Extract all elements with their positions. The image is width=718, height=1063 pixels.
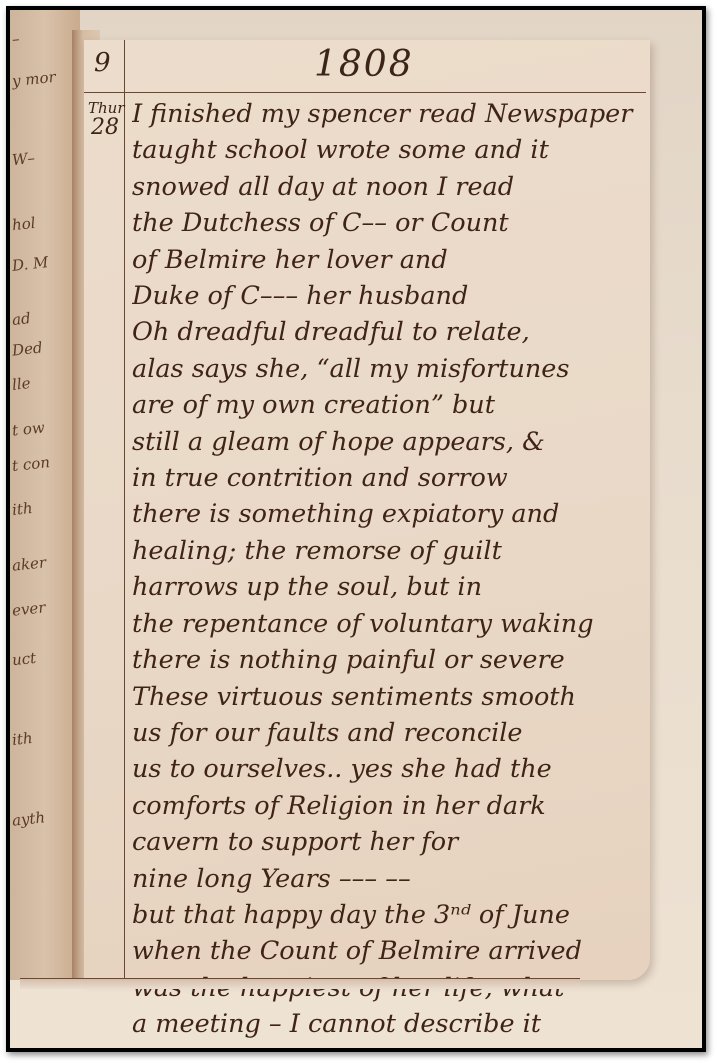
left-fragment: lle: [11, 374, 31, 394]
entry-line: are of my own creation” but: [132, 387, 647, 423]
left-fragment: y mor: [11, 68, 56, 90]
left-fragment: –: [11, 30, 20, 49]
left-fragment: Ded: [11, 338, 43, 359]
year-heading: 1808: [314, 44, 414, 85]
manuscript-photo: – y mor W– hol D. M ad Ded lle t ow t co…: [10, 10, 702, 1048]
entry-line: there is something expiatory and: [132, 496, 647, 532]
entry-line: nine long Years ––– ––: [132, 861, 647, 897]
left-fragment: ever: [11, 598, 46, 619]
left-fragment: ith: [11, 729, 33, 749]
left-fragment: ad: [11, 309, 31, 329]
entry-date: Thur 28: [88, 98, 122, 138]
image-frame: – y mor W– hol D. M ad Ded lle t ow t co…: [6, 6, 706, 1052]
left-fragment: ith: [11, 499, 33, 519]
left-fragment: t ow: [11, 418, 45, 439]
entry-line: These virtuous sentiments smooth: [132, 679, 647, 715]
entry-line: still a gleam of hope appears, &: [132, 424, 647, 460]
entry-line: taught school wrote some and it: [132, 132, 647, 168]
entry-line: snowed all day at noon I read: [132, 169, 647, 205]
entry-line: Oh dreadful dreadful to relate,: [132, 314, 647, 350]
diary-entry-text: I finished my spencer read Newspaper tau…: [132, 96, 647, 1043]
page-number: 9: [94, 48, 111, 78]
entry-line: cavern to support her for: [132, 824, 647, 860]
entry-line: the repentance of voluntary waking: [132, 606, 647, 642]
previous-page-edge: – y mor W– hol D. M ad Ded lle t ow t co…: [10, 10, 80, 980]
entry-line: comforts of Religion in her dark: [132, 788, 647, 824]
entry-line: but that happy day the 3ⁿᵈ of June: [132, 897, 647, 933]
left-fragment: ayth: [11, 808, 46, 829]
entry-line: healing; the remorse of guilt: [132, 533, 647, 569]
left-fragment: hol: [11, 214, 36, 234]
date-margin: [84, 40, 125, 980]
entry-line: us for our faults and reconcile: [132, 715, 647, 751]
left-fragment: D. M: [11, 253, 49, 275]
page-bottom-edge: [20, 978, 580, 989]
entry-line: I finished my spencer read Newspaper: [132, 96, 647, 132]
entry-line: Duke of C––– her husband: [132, 278, 647, 314]
entry-line: there is nothing painful or severe: [132, 642, 647, 678]
entry-line: harrows up the soul, but in: [132, 569, 647, 605]
entry-line: in true contrition and sorrow: [132, 460, 647, 496]
entry-line: alas says she, “all my misfortunes: [132, 351, 647, 387]
left-fragment: aker: [11, 553, 47, 574]
left-fragment: W–: [11, 149, 36, 169]
left-fragment: t con: [11, 453, 51, 475]
left-fragment: uct: [11, 649, 37, 669]
entry-line: a meeting – I cannot describe it: [132, 1006, 647, 1042]
entry-line: the Dutchess of C–– or Count: [132, 205, 647, 241]
header-rule: [84, 92, 646, 93]
entry-line: us to ourselves.. yes she had the: [132, 751, 647, 787]
day-number: 28: [88, 118, 122, 138]
entry-line: when the Count of Belmire arrived: [132, 933, 647, 969]
diary-page: 9 1808 Thur 28 I finished my spencer rea…: [84, 40, 650, 980]
entry-line: of Belmire her lover and: [132, 242, 647, 278]
